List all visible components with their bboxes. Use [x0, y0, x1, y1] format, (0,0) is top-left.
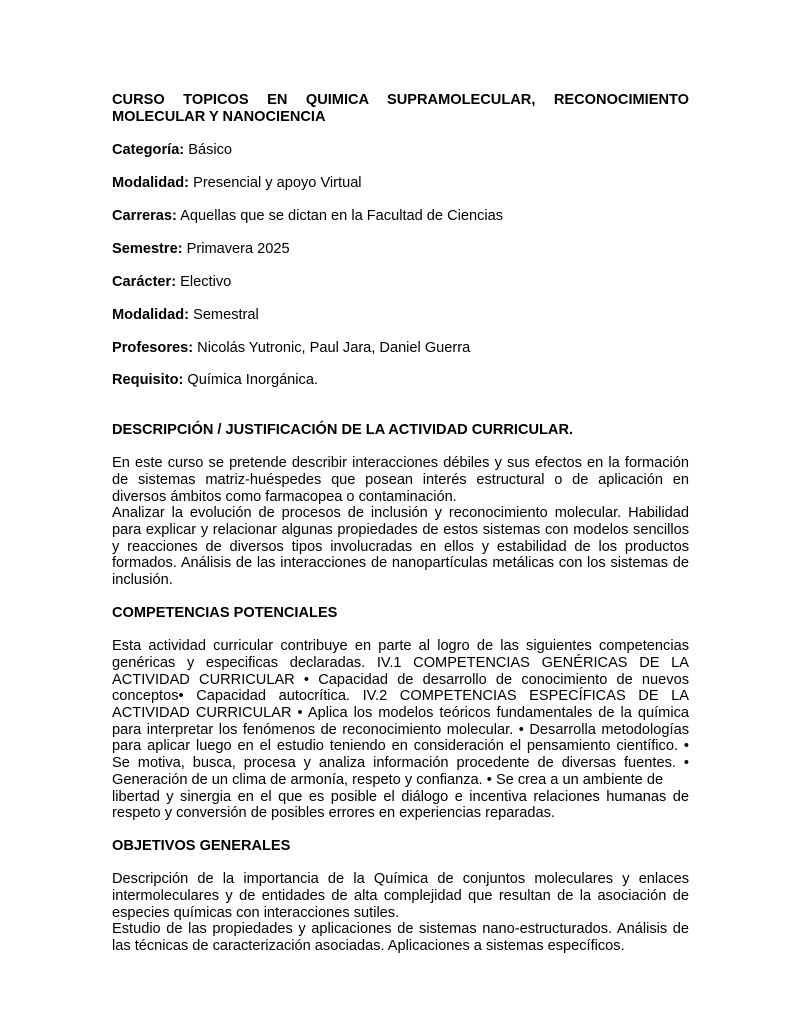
field-semestre: Semestre: Primavera 2025 — [112, 241, 689, 258]
field-value: Química Inorgánica. — [183, 372, 318, 388]
field-requisito: Requisito: Química Inorgánica. — [112, 372, 689, 389]
field-label: Requisito: — [112, 372, 183, 388]
field-label: Carácter: — [112, 274, 176, 290]
field-modalidad: Modalidad: Presencial y apoyo Virtual — [112, 175, 689, 192]
field-profesores: Profesores: Nicolás Yutronic, Paul Jara,… — [112, 340, 689, 357]
paragraph: Descripción de la importancia de la Quím… — [112, 871, 689, 921]
field-value: Primavera 2025 — [183, 241, 290, 257]
field-value: Básico — [184, 142, 232, 158]
section-body-objetivos: Descripción de la importancia de la Quím… — [112, 871, 689, 955]
course-title-line-2: MOLECULAR Y NANOCIENCIA — [112, 109, 689, 126]
field-label: Categoría: — [112, 142, 184, 158]
section-heading-objetivos: OBJETIVOS GENERALES — [112, 838, 689, 855]
field-carreras: Carreras: Aquellas que se dictan en la F… — [112, 208, 689, 225]
course-title: CURSO TOPICOS EN QUIMICA SUPRAMOLECULAR,… — [112, 92, 689, 126]
paragraph: libertad y sinergia en el que es posible… — [112, 789, 689, 822]
course-title-line-1: CURSO TOPICOS EN QUIMICA SUPRAMOLECULAR,… — [112, 92, 689, 109]
section-body-descripcion: En este curso se pretende describir inte… — [112, 455, 689, 589]
paragraph: En este curso se pretende describir inte… — [112, 455, 689, 505]
field-label: Profesores: — [112, 340, 193, 356]
paragraph: Analizar la evolución de procesos de inc… — [112, 505, 689, 589]
field-label: Modalidad: — [112, 307, 189, 323]
field-value: Electivo — [176, 274, 231, 290]
field-label: Modalidad: — [112, 175, 189, 191]
paragraph: Esta actividad curricular contribuye en … — [112, 638, 689, 788]
field-label: Carreras: — [112, 208, 177, 224]
section-heading-competencias: COMPETENCIAS POTENCIALES — [112, 605, 689, 622]
document-page: CURSO TOPICOS EN QUIMICA SUPRAMOLECULAR,… — [112, 92, 689, 971]
section-body-competencias: Esta actividad curricular contribuye en … — [112, 638, 689, 822]
field-caracter: Carácter: Electivo — [112, 274, 689, 291]
section-heading-descripcion: DESCRIPCIÓN / JUSTIFICACIÓN DE LA ACTIVI… — [112, 422, 689, 439]
spacer — [112, 405, 689, 422]
field-value: Nicolás Yutronic, Paul Jara, Daniel Guer… — [193, 340, 470, 356]
field-label: Semestre: — [112, 241, 183, 257]
paragraph: Estudio de las propiedades y aplicacione… — [112, 921, 689, 954]
field-modalidad-semestral: Modalidad: Semestral — [112, 307, 689, 324]
field-value: Semestral — [189, 307, 259, 323]
field-categoria: Categoría: Básico — [112, 142, 689, 159]
field-value: Presencial y apoyo Virtual — [189, 175, 362, 191]
field-value: Aquellas que se dictan en la Facultad de… — [177, 208, 503, 224]
